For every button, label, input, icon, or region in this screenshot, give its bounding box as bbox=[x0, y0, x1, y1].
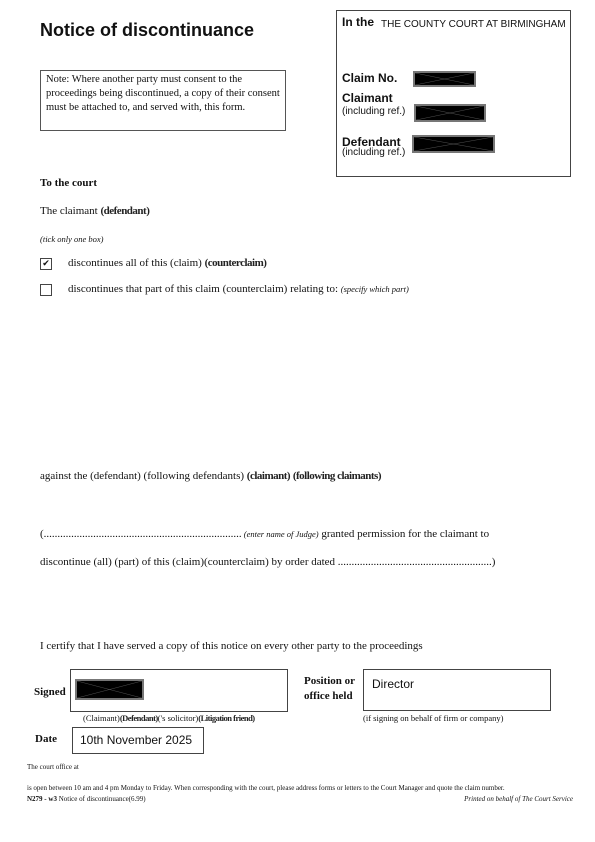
office-hours-line: is open between 10 am and 4 pm Monday to… bbox=[27, 784, 505, 792]
claimant-struck: (defendant) bbox=[100, 205, 149, 217]
claim-no-label: Claim No. bbox=[342, 71, 397, 85]
permission-line-2: discontinue (all) (part) of this (claim)… bbox=[40, 556, 495, 568]
caption-claimant: (Claimant) bbox=[83, 713, 120, 723]
checkbox-discontinue-part[interactable] bbox=[40, 284, 52, 296]
position-label-line1: Position or bbox=[304, 674, 355, 689]
signed-caption: (Claimant)(Defendant)('s solicitor)(Liti… bbox=[83, 713, 255, 723]
option-text: discontinues that part of this claim (co… bbox=[68, 283, 341, 295]
against-prefix: against the (defendant) (following defen… bbox=[40, 470, 247, 482]
form-name: Notice of discontinuance(6.99) bbox=[57, 795, 146, 803]
caption-defendant-struck: (Defendant) bbox=[120, 713, 158, 723]
certify-statement: I certify that I have served a copy of t… bbox=[40, 640, 423, 652]
date-label: Date bbox=[35, 733, 57, 745]
caption-litigation-friend-struck: (Litigation friend) bbox=[198, 713, 254, 723]
judge-name-blank: (.......................................… bbox=[40, 528, 242, 540]
form-reference: N279 - w3 Notice of discontinuance(6.99) bbox=[27, 795, 146, 803]
date-field[interactable]: 10th November 2025 bbox=[72, 727, 204, 754]
option-text: discontinues all of this (claim) bbox=[68, 257, 205, 269]
claim-no-redacted bbox=[413, 71, 476, 87]
option-struck: (counterclaim) bbox=[205, 257, 267, 269]
permission-text: granted permission for the claimant to bbox=[319, 528, 489, 540]
against-struck-claimants: (following claimants) bbox=[293, 470, 381, 482]
consent-note: Note: Where another party must consent t… bbox=[40, 70, 286, 131]
claimant-redacted bbox=[414, 104, 486, 122]
court-office-line: The court office at bbox=[27, 763, 79, 771]
position-label: Position or office held bbox=[304, 674, 355, 704]
printed-by: Printed on behalf of The Court Service bbox=[464, 795, 573, 803]
position-label-line2: office held bbox=[304, 689, 355, 704]
page-title: Notice of discontinuance bbox=[40, 20, 254, 41]
checkbox-discontinue-all[interactable]: ✔ bbox=[40, 258, 52, 270]
option-hint: (specify which part) bbox=[341, 284, 409, 294]
caption-solicitor: ('s solicitor) bbox=[158, 713, 198, 723]
judge-hint: (enter name of Judge) bbox=[242, 529, 319, 539]
tick-hint: (tick only one box) bbox=[40, 234, 103, 244]
to-the-court-heading: To the court bbox=[40, 177, 97, 189]
defendant-sub-label: (including ref.) bbox=[342, 147, 405, 158]
option-discontinue-part: discontinues that part of this claim (co… bbox=[68, 283, 409, 295]
option-discontinue-all: discontinues all of this (claim) (counte… bbox=[68, 257, 266, 269]
signature-redacted bbox=[75, 679, 144, 700]
court-details-box: In the THE COUNTY COURT AT BIRMINGHAM Cl… bbox=[336, 10, 571, 177]
permission-line-1: (.......................................… bbox=[40, 528, 489, 540]
in-the-label: In the bbox=[342, 15, 374, 29]
claimant-line: The claimant (defendant) bbox=[40, 205, 149, 217]
signed-label: Signed bbox=[34, 686, 66, 698]
defendant-redacted bbox=[412, 135, 495, 153]
court-name: THE COUNTY COURT AT BIRMINGHAM bbox=[381, 19, 566, 30]
claimant-label: Claimant bbox=[342, 91, 393, 105]
against-line: against the (defendant) (following defen… bbox=[40, 470, 381, 482]
position-caption: (if signing on behalf of firm or company… bbox=[363, 713, 503, 723]
claimant-prefix: The claimant bbox=[40, 205, 100, 217]
against-struck-claimant: (claimant) bbox=[247, 470, 290, 482]
signature-field[interactable] bbox=[70, 669, 288, 712]
form-code: N279 - w3 bbox=[27, 795, 57, 803]
claimant-sub-label: (including ref.) bbox=[342, 106, 405, 117]
position-field[interactable]: Director bbox=[363, 669, 551, 711]
